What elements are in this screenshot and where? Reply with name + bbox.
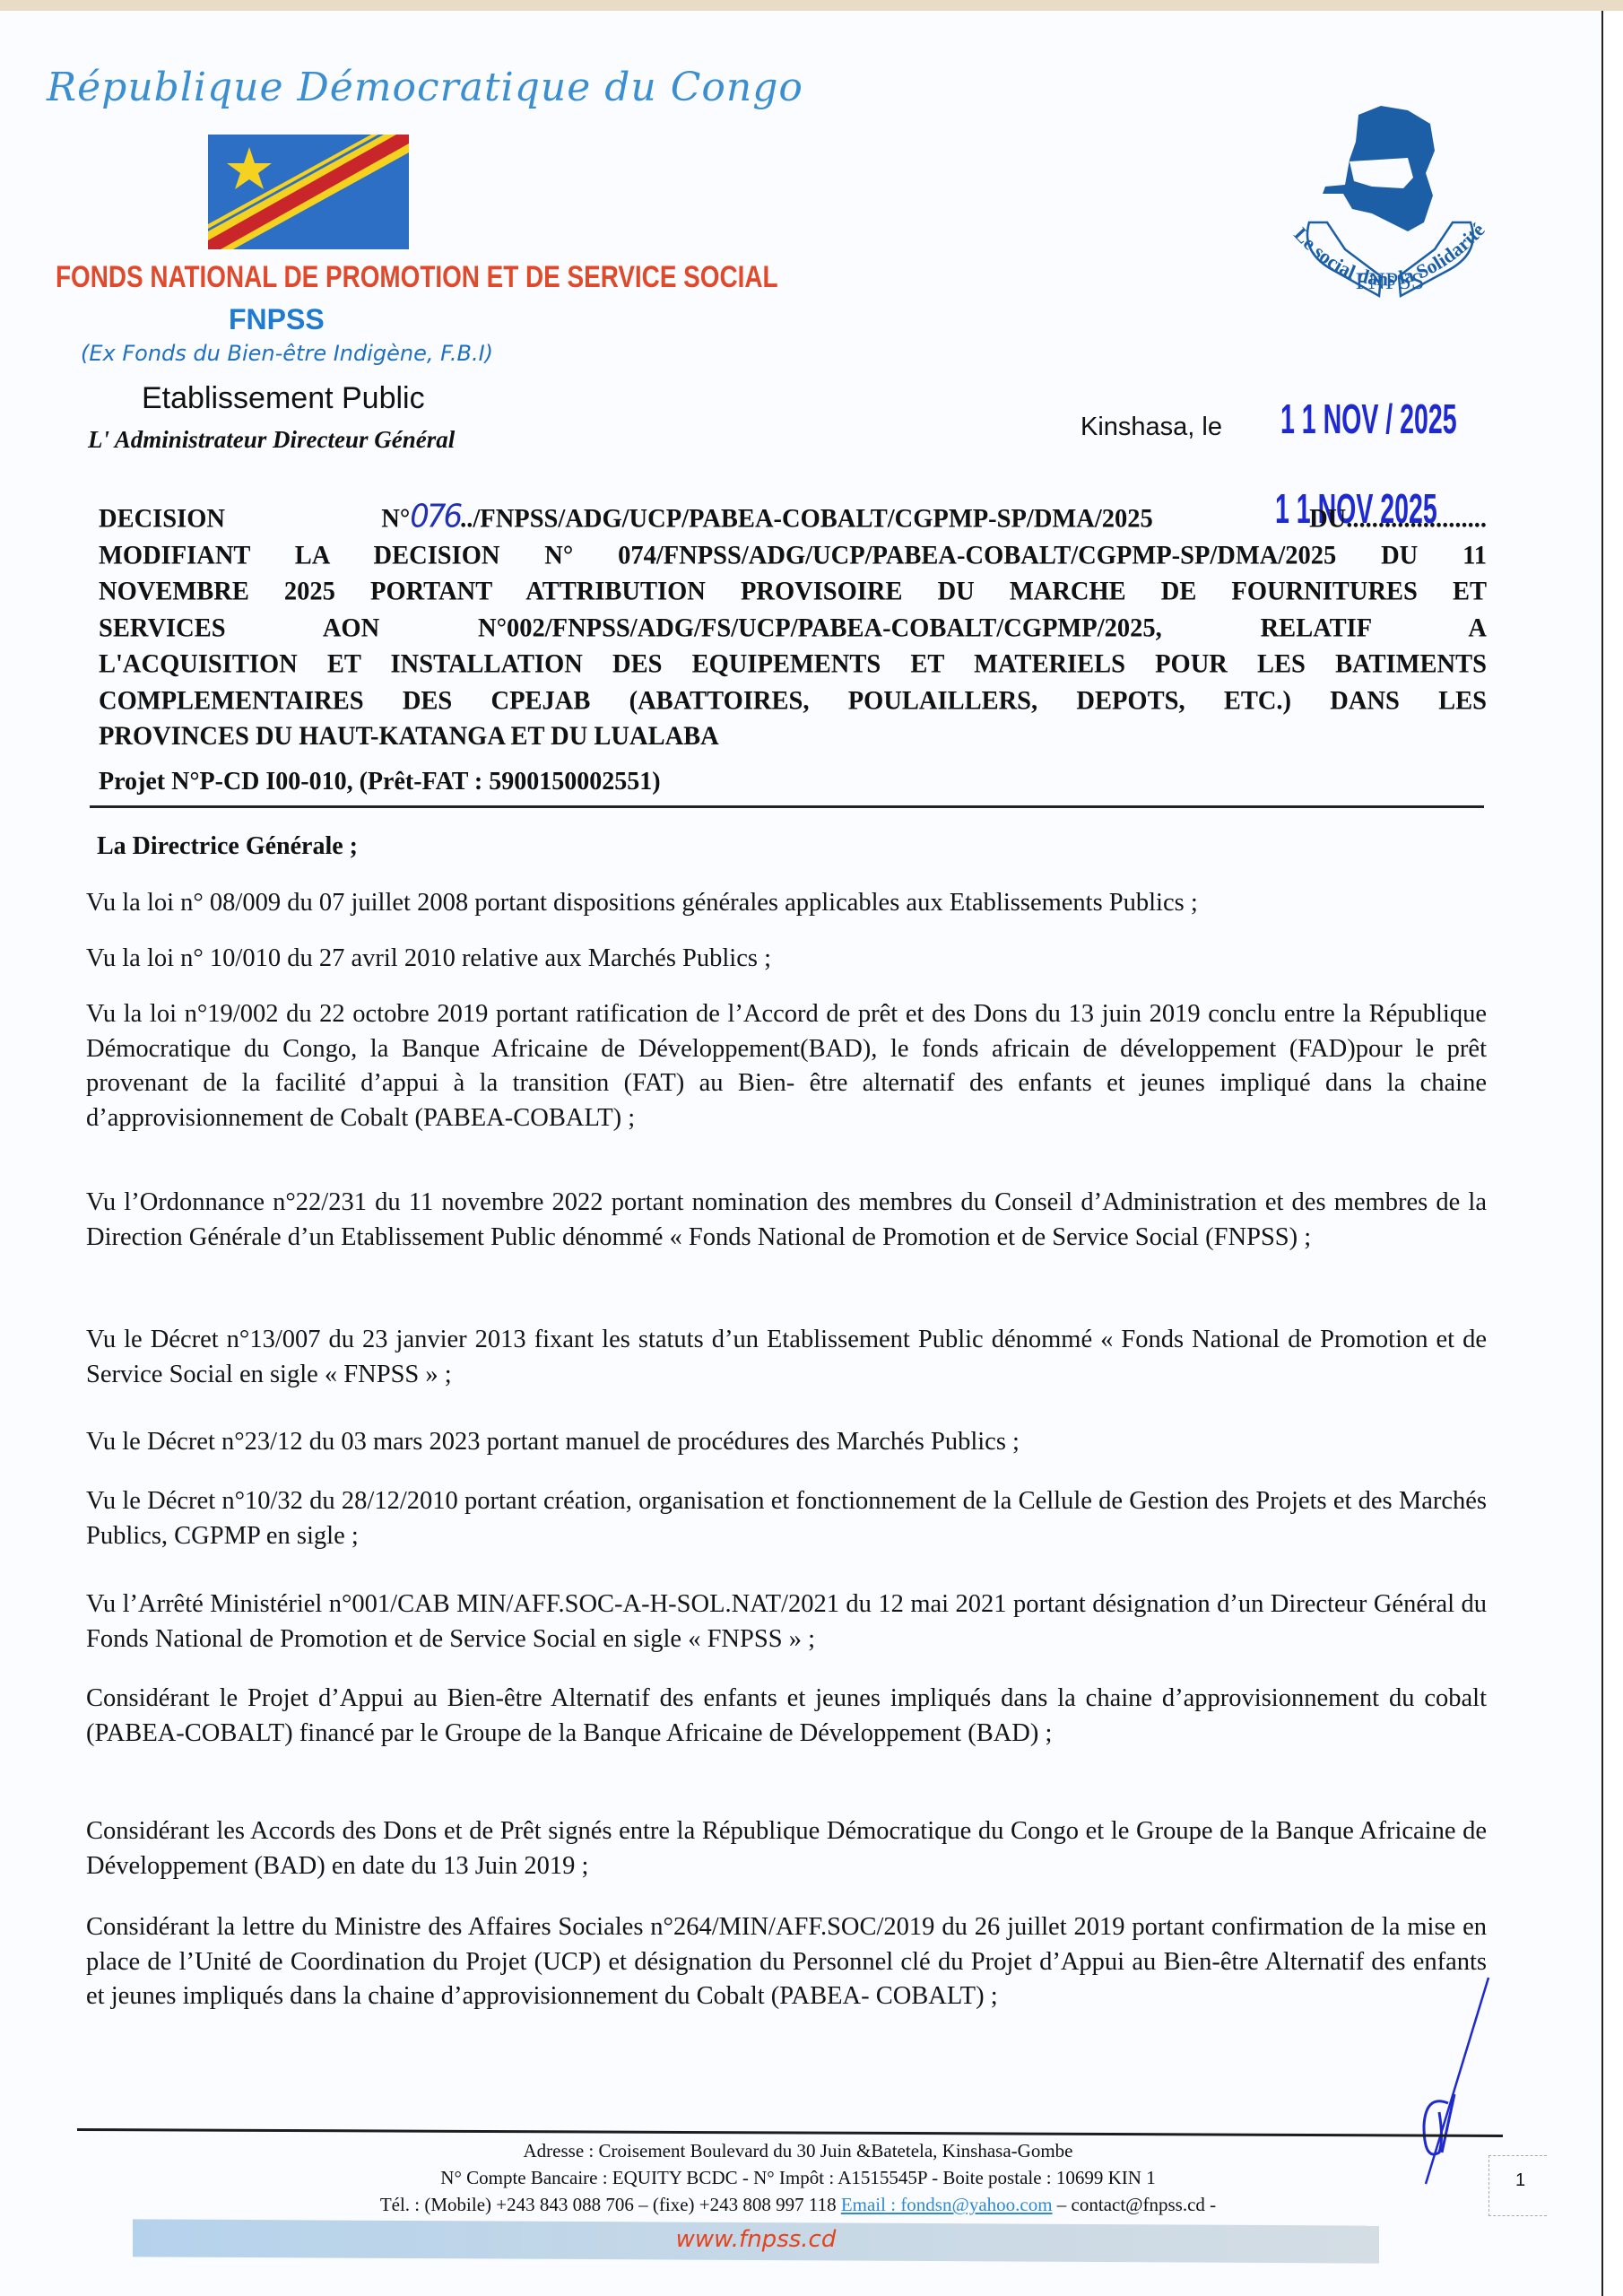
footer-bank: N° Compte Bancaire : EQUITY BCDC - N° Im… bbox=[72, 2167, 1524, 2189]
svg-text:Le social dans la Solidarité: Le social dans la Solidarité bbox=[1289, 218, 1488, 290]
place-label: Kinshasa, le bbox=[1081, 413, 1222, 442]
footer-email-contact: – contact@fnpss.cd - bbox=[1057, 2194, 1216, 2215]
fnpss-logo: FNPSS Le social dans la Solidarité bbox=[1273, 88, 1524, 321]
title-line: PROVINCES DU HAUT-KATANGA ET DU LUALABA bbox=[99, 719, 1487, 755]
decision-title: DECISION N°076../FNPSS/ADG/UCP/PABEA-COB… bbox=[99, 499, 1487, 755]
signatory-role: L' Administrateur Directeur Général bbox=[88, 426, 455, 454]
handwritten-decision-number: 076 bbox=[410, 498, 460, 535]
footer-contacts: Tél. : (Mobile) +243 843 088 706 – (fixe… bbox=[72, 2194, 1524, 2216]
website-link[interactable]: www.fnpss.cd bbox=[133, 2226, 1379, 2253]
paragraph: Vu le Décret n°13/007 du 23 janvier 2013… bbox=[86, 1323, 1487, 1392]
org-acronym: FNPSS bbox=[229, 303, 325, 336]
paragraph: Vu la loi n° 10/010 du 27 avril 2010 rel… bbox=[86, 942, 1487, 977]
decision-number-line: DECISION N°076../FNPSS/ADG/UCP/PABEA-COB… bbox=[99, 499, 1487, 538]
title-line: MODIFIANT LA DECISION N° 074/FNPSS/ADG/U… bbox=[99, 538, 1487, 574]
title-line: NOVEMBRE 2025 PORTANT ATTRIBUTION PROVIS… bbox=[99, 574, 1487, 610]
title-line: COMPLEMENTAIRES DES CPEJAB (ABATTOIRES, … bbox=[99, 683, 1487, 718]
title-line: L'ACQUISITION ET INSTALLATION DES EQUIPE… bbox=[99, 647, 1487, 683]
footer-email-link[interactable]: Email : fondsn@yahoo.com bbox=[841, 2194, 1053, 2215]
country-script-heading: République Démocratique du Congo bbox=[47, 65, 803, 110]
paragraph: Considérant les Accords des Dons et de P… bbox=[86, 1814, 1487, 1883]
paragraph: Considérant la lettre du Ministre des Af… bbox=[86, 1910, 1487, 2014]
paragraph: Vu le Décret n°23/12 du 03 mars 2023 por… bbox=[86, 1425, 1487, 1460]
drc-flag-icon bbox=[208, 135, 409, 249]
org-name: FONDS NATIONAL DE PROMOTION ET DE SERVIC… bbox=[56, 260, 777, 295]
paragraph: Vu le Décret n°10/32 du 28/12/2010 porta… bbox=[86, 1484, 1487, 1553]
page-number: 1 bbox=[1515, 2170, 1525, 2191]
scan-right-edge bbox=[1601, 11, 1623, 2296]
project-reference: Projet N°P-CD I00-010, (Prêt-FAT : 59001… bbox=[99, 768, 661, 796]
paragraph: Vu l’Ordonnance n°22/231 du 11 novembre … bbox=[86, 1186, 1487, 1255]
paragraph: Vu la loi n°19/002 du 22 octobre 2019 po… bbox=[86, 997, 1487, 1135]
paragraph: Vu la loi n° 08/009 du 07 juillet 2008 p… bbox=[86, 886, 1487, 921]
paragraph: Vu l’Arrêté Ministériel n°001/CAB MIN/AF… bbox=[86, 1587, 1487, 1657]
scan-top-edge bbox=[0, 0, 1623, 11]
org-type: Etablissement Public bbox=[142, 381, 425, 416]
paragraph: Considérant le Projet d’Appui au Bien-êt… bbox=[86, 1682, 1487, 1751]
footer-address: Adresse : Croisement Boulevard du 30 Jui… bbox=[72, 2140, 1524, 2162]
org-former-name: (Ex Fonds du Bien-être Indigène, F.B.I) bbox=[81, 341, 493, 366]
date-stamp: 1 1 NOV / 2025 bbox=[1280, 395, 1457, 443]
footer-phones: Tél. : (Mobile) +243 843 088 706 – (fixe… bbox=[380, 2194, 837, 2215]
subject-heading: La Directrice Générale ; bbox=[97, 832, 358, 861]
divider bbox=[90, 805, 1484, 808]
title-line: SERVICES AON N°002/FNPSS/ADG/FS/UCP/PABE… bbox=[99, 611, 1487, 647]
